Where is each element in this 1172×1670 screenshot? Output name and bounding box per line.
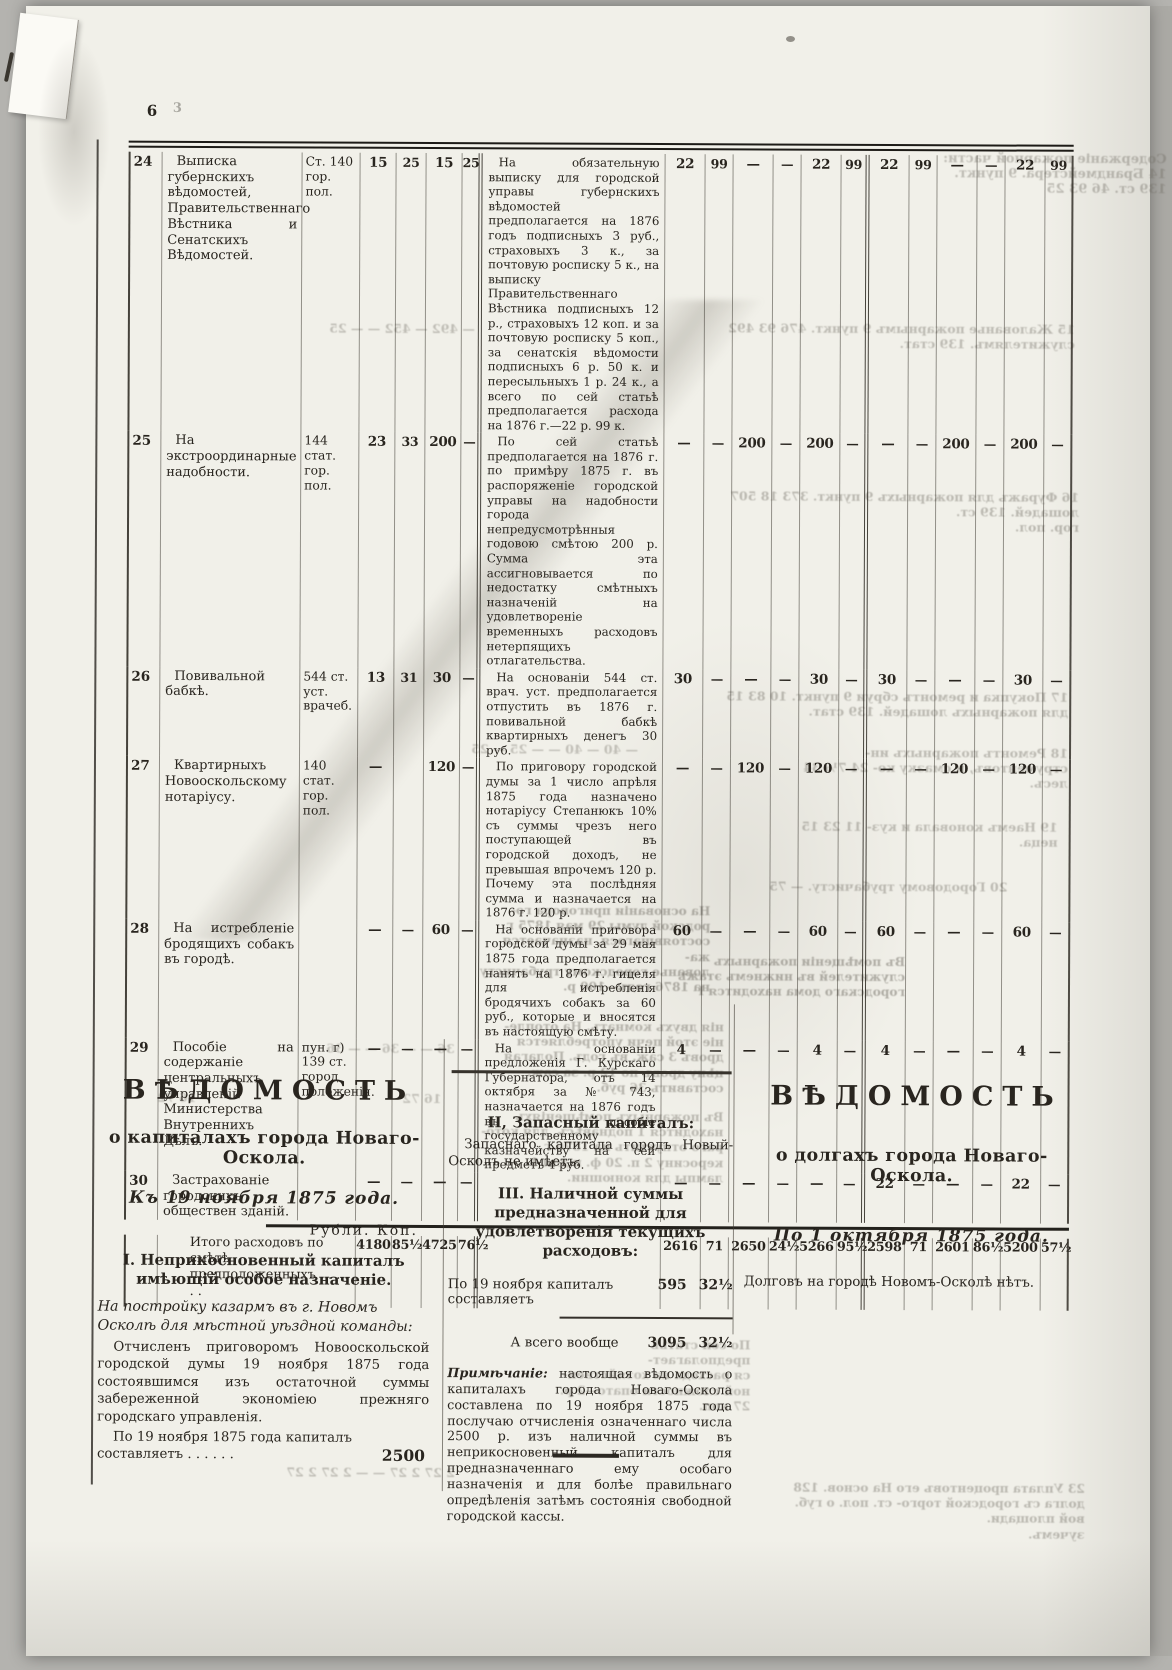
amount-cell: — (703, 669, 731, 759)
grand-total-line: А всего вообще 3095 32½ (447, 1334, 732, 1351)
article-ref-cell: Ст. 140 гор. пол. (301, 152, 360, 432)
capital-amount-line: По 19 ноября 1875 года капиталъ составля… (97, 1429, 429, 1465)
bleed-through-text: 23 Уплата процентовъ его На основ. 128 д… (740, 1480, 1085, 1542)
amount-cell: 22 (1004, 156, 1045, 435)
amount-cell: — (866, 759, 907, 922)
amount-cell: 23 (358, 432, 395, 668)
amount-cell: 60 (866, 922, 907, 1041)
row-number-cell: 26 (126, 666, 160, 756)
amount-cell: 22 (800, 155, 841, 434)
money-columns-header: Рубли. Коп. (98, 1222, 430, 1239)
amount-cell: — (771, 434, 800, 670)
amount-cell: — (838, 922, 867, 1041)
amount-cell: 120 (730, 759, 771, 922)
row-number-cell: 25 (126, 431, 161, 667)
article-ref-cell: 544 ст. уст. врачеб. (300, 667, 358, 757)
capitals-date: Къ 19 ноября 1875 года. (98, 1188, 430, 1209)
reserve-capital-paragraph: Запаснаго капитала городъ Новый-Осколъ н… (448, 1136, 733, 1172)
amount-cell: — (393, 920, 424, 1039)
table-row: 28На истребленіе бродящихъ собакъ въ гор… (125, 919, 1071, 1042)
amount-cell: — (906, 922, 935, 1041)
page-number-smudge: 3 (173, 101, 182, 116)
expense-title-cell: Выписка губернскихъ вѣдомостей, Правител… (161, 152, 302, 432)
amount-cell: — (1043, 670, 1071, 760)
amount-cell: — (770, 759, 799, 922)
amount-cell: — (459, 757, 480, 920)
page-number: 6 (147, 102, 158, 120)
capitals-heading: ВѢДОМОСТЬ (98, 1075, 430, 1107)
amount-cell: 99 (1044, 156, 1073, 435)
reserve-capital-heading: II, Запасный капиталъ: (448, 1113, 733, 1133)
grand-total-rubles: 3095 (632, 1335, 686, 1351)
amount-cell: — (936, 155, 977, 434)
explanation-cell: На основаніи приговора городской думы за… (479, 920, 663, 1040)
amount-cell: 31 (394, 668, 424, 758)
row-number-cell: 24 (127, 152, 162, 431)
amount-cell: — (934, 922, 975, 1041)
article-ref-cell: 144 стат. гор. пол. (300, 432, 359, 668)
amount-cell: — (357, 757, 394, 920)
amount-cell: 200 (1003, 435, 1044, 671)
capitals-subtitle: о капиталахъ города Новаго-Оскола. (98, 1128, 430, 1169)
amount-cell: — (838, 759, 867, 922)
statement-debts-section: ВѢДОМОСТЬ о долгахъ города Новаго-Оскола… (744, 1080, 1080, 1291)
article-ref-cell (299, 919, 358, 1038)
explanation-cell: На обязательную выписку для городской уп… (481, 153, 665, 433)
article-ref-cell: 140 стат. гор. пол. (299, 757, 358, 920)
capital-paragraph: Отчисленъ приговоромъ Новооскольской гор… (97, 1339, 429, 1427)
reserve-and-cash-section: II, Запасный капиталъ: Запаснаго капитал… (447, 1113, 734, 1526)
amount-cell: — (906, 759, 935, 922)
amount-cell: 99 (908, 155, 937, 434)
footnote-text: настоящая вѣдомость о капиталахъ города … (447, 1366, 733, 1524)
amount-cell: 200 (799, 434, 840, 670)
amount-cell: 120 (1002, 760, 1043, 923)
sum-rule (560, 1316, 733, 1319)
amount-cell: — (703, 433, 732, 669)
amount-cell: 30 (799, 669, 839, 759)
amount-cell: — (867, 434, 908, 670)
row-number-cell: 27 (125, 756, 160, 919)
footnote: Примѣчаніе: настоящая вѣдомость о капита… (447, 1366, 733, 1526)
amount-cell: — (907, 434, 936, 670)
amount-cell: — (771, 669, 799, 759)
amount-cell: 60 (423, 920, 460, 1039)
amount-cell: 30 (867, 670, 907, 760)
footnote-label: Примѣчаніе: (447, 1366, 548, 1381)
page-content: 6 3 24Выписка губернскихъ вѣдомостей, Пр… (0, 0, 1172, 1670)
amount-cell: — (975, 435, 1004, 671)
untouchable-capital-heading: I. Неприкосновенный капиталъ имѣющій осо… (98, 1251, 430, 1290)
amount-cell: 30 (1003, 670, 1043, 760)
amount-cell: — (1042, 760, 1071, 923)
capital-amount-label: По 19 ноября 1875 года капиталъ составля… (97, 1430, 352, 1463)
amount-cell: — (460, 668, 480, 758)
expense-title-cell: На экстроординарные надобности. (160, 431, 301, 667)
no-debts-statement: Долговъ на городѣ Новомъ-Осколѣ нѣтъ. (744, 1273, 1079, 1291)
amount-cell: 200 (424, 432, 461, 668)
amount-cell: — (974, 922, 1003, 1041)
row-number-cell: 28 (125, 919, 160, 1038)
amount-cell: 200 (935, 434, 976, 670)
amount-cell: — (702, 921, 731, 1040)
expense-title-cell: Квартирныхъ Новооскольскому нотаріусу. (159, 756, 300, 919)
amount-cell: 33 (394, 432, 425, 668)
amount-cell: — (730, 921, 771, 1040)
amount-cell: 60 (798, 921, 839, 1040)
amount-cell: 30 (424, 668, 460, 758)
amount-cell: — (663, 433, 704, 669)
debts-date: По 1 октября 1875 года. (744, 1225, 1079, 1246)
amount-cell: — (975, 670, 1003, 760)
grand-total-label: А всего вообще (447, 1335, 632, 1351)
amount-cell: — (702, 759, 731, 922)
amount-cell: 200 (731, 434, 772, 670)
explanation-cell: По приговору городской думы за 1 число а… (479, 758, 663, 921)
statement-capitals-section: ВѢДОМОСТЬ о капиталахъ города Новаго-Оск… (97, 1075, 431, 1465)
amount-cell: — (731, 669, 771, 759)
cash-amount-rubles: 595 (633, 1277, 687, 1293)
amount-cell: 22 (868, 155, 909, 434)
amount-cell: — (974, 760, 1003, 923)
amount-cell: 120 (423, 757, 460, 920)
amount-cell: — (1043, 435, 1072, 671)
expense-title-cell: Повивальной бабкѣ. (160, 667, 300, 757)
amount-cell: — (357, 920, 394, 1039)
capital-amount-value: 2500 (366, 1447, 425, 1465)
cash-amount-label: По 19 ноября капиталъ составляетъ (448, 1277, 633, 1308)
amount-cell: — (976, 155, 1005, 434)
amount-cell: — (772, 155, 801, 434)
amount-cell: — (935, 670, 975, 760)
cash-amount-line: По 19 ноября капиталъ составляетъ 595 32… (448, 1276, 733, 1308)
cash-amount-kopecks: 32½ (687, 1277, 733, 1293)
grand-total-kopecks: 32½ (686, 1335, 732, 1351)
scanned-document-page: 6 3 24Выписка губернскихъ вѣдомостей, Пр… (0, 0, 1172, 1670)
debts-subtitle: о долгахъ города Новаго-Оскола. (744, 1145, 1079, 1186)
amount-cell: 120 (934, 760, 975, 923)
barracks-note: На постройку казармъ въ г. Новомъ Осколѣ… (97, 1298, 429, 1336)
explanation-cell: По сей статьѣ предполагается на 1876 г. … (480, 433, 664, 669)
amount-cell: 30 (663, 669, 703, 759)
amount-cell: — (662, 758, 703, 921)
amount-cell: 60 (662, 921, 703, 1040)
amount-cell: 25 (461, 153, 482, 432)
table-row: 24Выписка губернскихъ вѣдомостей, Правит… (127, 152, 1073, 435)
debts-heading: ВѢДОМОСТЬ (744, 1080, 1079, 1112)
amount-cell: 99 (840, 155, 869, 434)
amount-cell (393, 757, 424, 920)
amount-cell: — (1042, 923, 1071, 1042)
cash-sum-heading: III. Наличной суммы предназначенной для … (448, 1184, 733, 1261)
amount-cell: 25 (395, 153, 426, 432)
amount-cell: 15 (425, 153, 462, 432)
amount-cell: — (460, 432, 481, 668)
bleed-through-text: 2 27 2 27 — — 2 27 2 27 (110, 1464, 455, 1481)
table-row: 27Квартирныхъ Новооскольскому нотаріусу.… (125, 756, 1071, 923)
amount-cell: 15 (359, 153, 396, 432)
amount-cell: — (770, 921, 799, 1040)
amount-cell: — (839, 670, 867, 760)
amount-cell: 120 (798, 759, 839, 922)
table-row: 26Повивальной бабкѣ.544 ст. уст. врачеб.… (126, 666, 1071, 760)
amount-cell: — (839, 434, 868, 670)
amount-cell: — (459, 920, 480, 1039)
explanation-cell: На основаніи 544 ст. врач. уст. предпола… (480, 668, 663, 758)
amount-cell: 13 (358, 667, 394, 757)
amount-cell: — (732, 154, 773, 433)
table-row: 25На экстроординарные надобности.144 ста… (126, 431, 1072, 671)
amount-cell: 99 (704, 154, 733, 433)
amount-cell: — (907, 670, 935, 760)
amount-cell: 22 (664, 154, 705, 433)
amount-cell: 60 (1002, 922, 1043, 1041)
expense-title-cell: На истребленіе бродящихъ собакъ въ город… (159, 919, 300, 1038)
